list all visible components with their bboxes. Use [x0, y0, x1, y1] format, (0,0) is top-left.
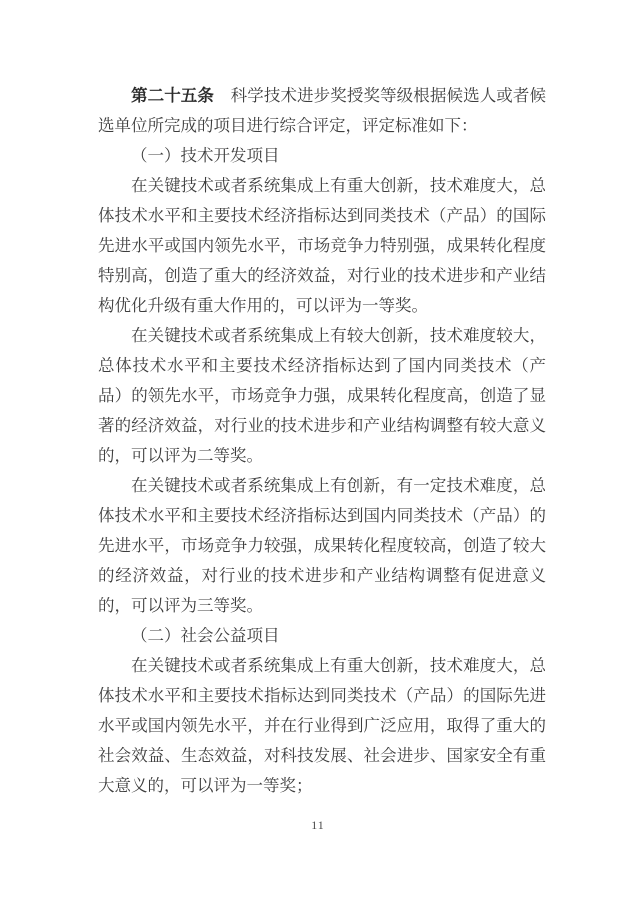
- paragraph-third-prize-tech: 在关键技术或者系统集成上有创新，有一定技术难度，总体技术水平和主要技术经济指标达…: [98, 471, 546, 621]
- paragraph-first-prize-tech: 在关键技术或者系统集成上有重大创新，技术难度大，总体技术水平和主要技术经济指标达…: [98, 171, 546, 321]
- article-paragraph: 第二十五条 科学技术进步奖授奖等级根据候选人或者候选单位所完成的项目进行综合评定…: [98, 81, 546, 141]
- paragraph-first-prize-welfare: 在关键技术或者系统集成上有重大创新，技术难度大，总体技术水平和主要技术指标达到同…: [98, 651, 546, 801]
- page-number: 11: [0, 817, 636, 833]
- section-heading-tech-development: （一）技术开发项目: [98, 141, 546, 171]
- article-number: 第二十五条: [131, 86, 214, 105]
- paragraph-second-prize-tech: 在关键技术或者系统集成上有较大创新，技术难度较大，总体技术水平和主要技术经济指标…: [98, 321, 546, 471]
- section-heading-public-welfare: （二）社会公益项目: [98, 621, 546, 651]
- document-page: 第二十五条 科学技术进步奖授奖等级根据候选人或者候选单位所完成的项目进行综合评定…: [0, 0, 636, 900]
- document-body: 第二十五条 科学技术进步奖授奖等级根据候选人或者候选单位所完成的项目进行综合评定…: [98, 81, 546, 801]
